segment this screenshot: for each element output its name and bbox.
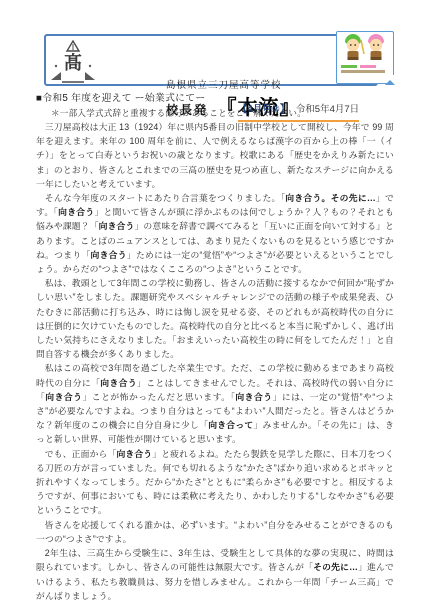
footnote: ＊一部入学式式辞と重複する部分があることをご了解ください。 bbox=[36, 106, 394, 120]
paragraph: 三刀屋高校は大正 13（1924）年に県内5番目の旧制中学校として開校し、今年で… bbox=[36, 120, 394, 191]
paragraph: 私はこの高校で3年間を過ごした卒業生です。ただ、この学校に勤めるまであまり高校時… bbox=[36, 361, 394, 446]
school-name: 島根県立三刀屋高等学校 bbox=[166, 77, 282, 91]
svg-text:髙: 髙 bbox=[64, 53, 82, 74]
document-body: ■令和5 年度を迎えて ー始業式にてー ＊一部入学式式辞と重複する部分があること… bbox=[36, 92, 394, 600]
section-title: ■令和5 年度を迎えて ー始業式にてー bbox=[36, 92, 394, 106]
mascots-icon bbox=[337, 32, 392, 64]
paragraph: 皆さんを応援してくれる誰かは、必ずいます。“よわい”自分をみせることができるのも… bbox=[36, 518, 394, 546]
paragraph: 私は、教頭として3年間この学校に勤務し、皆さんの活動に接するなかで何回か“恥ずか… bbox=[36, 276, 394, 361]
mascot-note bbox=[336, 31, 394, 84]
school-emblem-icon: 髙 bbox=[48, 40, 98, 86]
paragraph: そんな今年度のスタートにあたり合言葉をつくりました。「向き合う。その先に…」です… bbox=[36, 191, 394, 276]
paragraph: 2年生は、三高生から受験生に、3年生は、受験生として具体的な夢の実現に、時間は限… bbox=[36, 546, 394, 600]
newsletter-page: 島根県立三刀屋高等学校 校長発 『本流』 【4月号②】 令和5年4月7日 髙 bbox=[0, 0, 424, 600]
paragraphs: 三刀屋高校は大正 13（1924）年に県内5番目の旧制中学校として開校し、今年で… bbox=[36, 120, 394, 600]
note-fold-corner-inner bbox=[385, 75, 395, 85]
mascot-caption bbox=[341, 65, 391, 75]
paragraph: でも、正面から「向き合う」と疲れるよね。たたら製鉄を見学した際に、日本刀をつくる… bbox=[36, 447, 394, 518]
